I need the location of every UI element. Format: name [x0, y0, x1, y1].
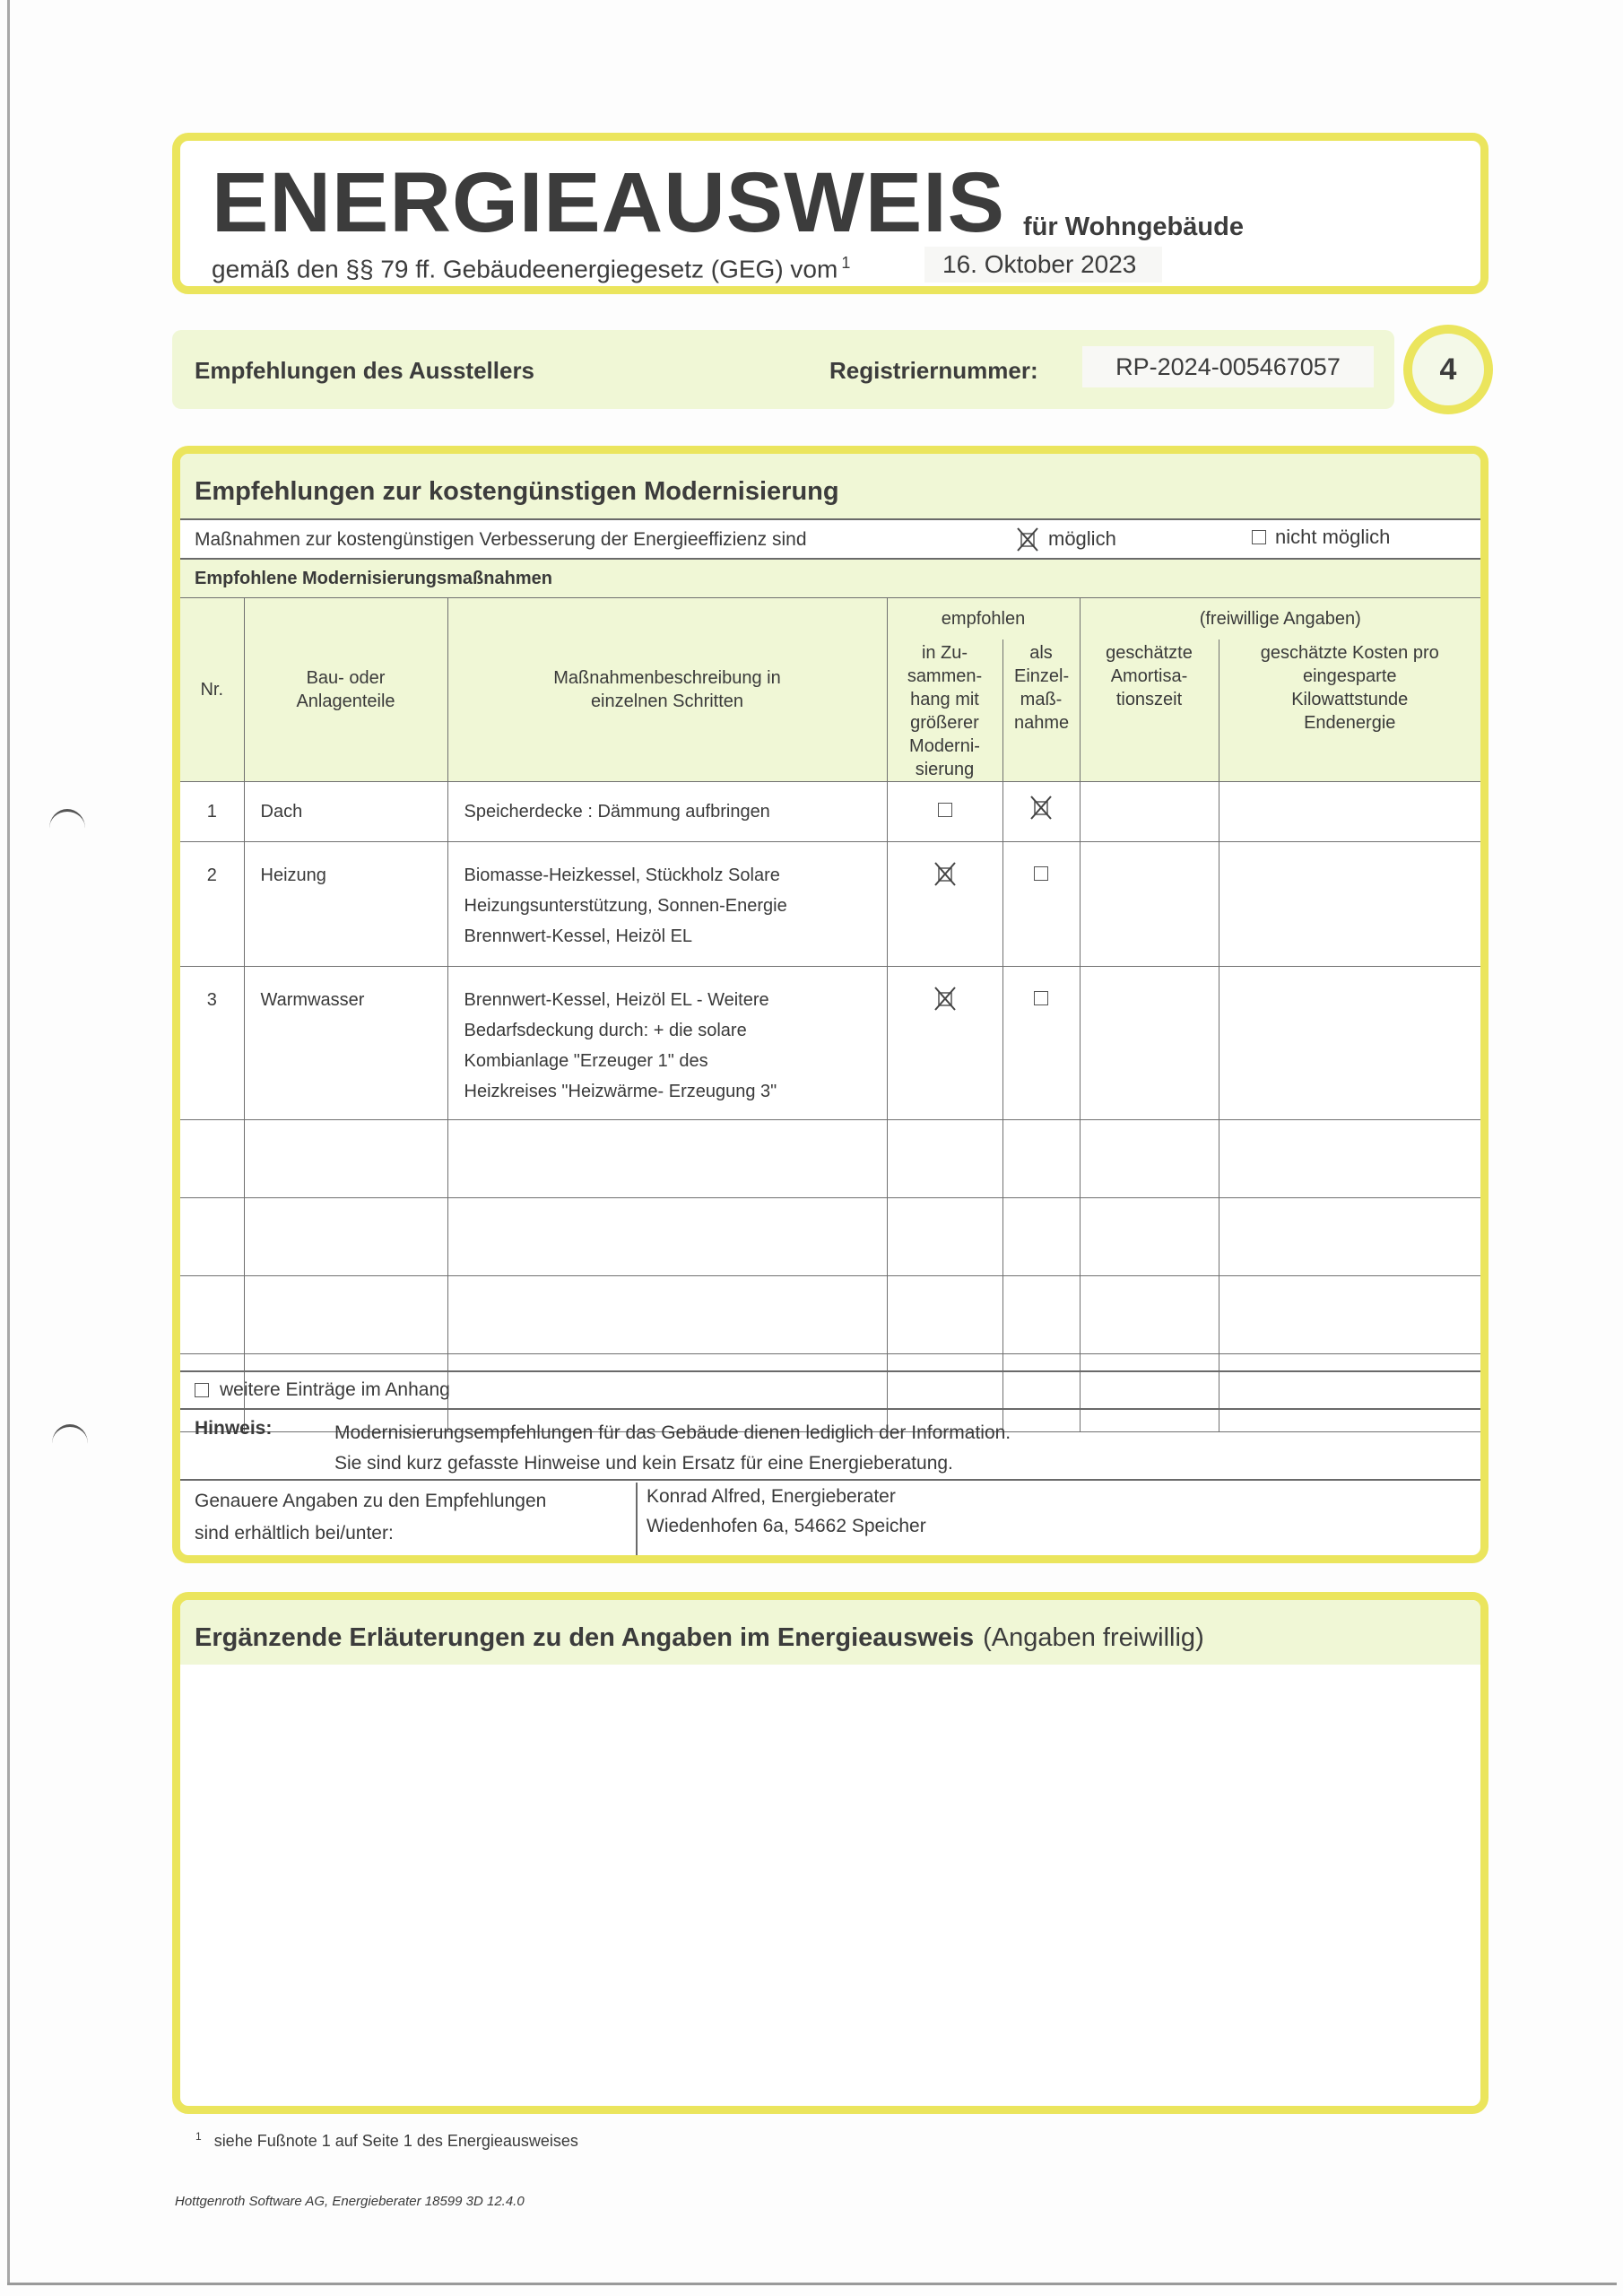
issue-date: 16. Oktober 2023: [924, 247, 1162, 283]
empty-cell[interactable]: [1219, 1120, 1480, 1198]
registration-number: RP-2024-005467057: [1082, 346, 1374, 387]
cell-description: Brennwert-Kessel, Heizöl EL - WeitereBed…: [447, 967, 887, 1120]
section-label: Empfehlungen des Ausstellers: [195, 357, 534, 385]
checkbox-single-measure[interactable]: [1002, 782, 1080, 842]
checked-box-icon: [933, 985, 957, 1022]
cell-part: Warmwasser: [244, 967, 447, 1120]
empty-cell[interactable]: [887, 1276, 1002, 1354]
col-header-in-combination-text: in Zu- sammen- hang mit größerer Moderni…: [905, 641, 985, 781]
cell-part: Dach: [244, 782, 447, 842]
explanations-title: Ergänzende Erläuterungen zu den Angaben …: [195, 1623, 974, 1652]
footnote-text: siehe Fußnote 1 auf Seite 1 des Energiea…: [214, 2132, 578, 2150]
divider: [180, 1479, 1480, 1481]
divider: [180, 1408, 1480, 1410]
explanations-content: [195, 1681, 1466, 2092]
description-line: Speicherdecke : Dämmung aufbringen: [464, 796, 887, 827]
empty-cell[interactable]: [180, 1198, 244, 1276]
col-header-part-text: Bau- oder Anlagenteile: [279, 666, 413, 713]
col-header-part: Bau- oder Anlagenteile: [244, 598, 447, 782]
footnote: 1siehe Fußnote 1 auf Seite 1 des Energie…: [195, 2130, 578, 2151]
empty-cell[interactable]: [1002, 1120, 1080, 1198]
empty-box-icon: [1252, 530, 1266, 544]
checkbox-in-combination[interactable]: [887, 842, 1002, 967]
empty-cell[interactable]: [244, 1120, 447, 1198]
empty-box-icon: [1034, 991, 1048, 1005]
divider-vertical: [636, 1483, 638, 1563]
empty-cell[interactable]: [1219, 1276, 1480, 1354]
table-row-empty: [180, 1198, 1480, 1276]
registration-label: Registriernummer:: [829, 357, 1038, 385]
option-label: möglich: [1048, 527, 1116, 551]
empty-cell[interactable]: [447, 1120, 887, 1198]
col-header-cost-per-kwh: geschätzte Kosten pro eingesparte Kilowa…: [1219, 639, 1480, 782]
modernization-panel: Empfehlungen zur kostengünstigen Moderni…: [172, 446, 1488, 1563]
cell-description: Biomasse-Heizkessel, Stückholz SolareHei…: [447, 842, 887, 967]
table-row: 1DachSpeicherdecke : Dämmung aufbringen: [180, 782, 1480, 842]
cell-amortization[interactable]: [1080, 782, 1219, 842]
subsection-band: Empfohlene Modernisierungsmaßnahmen: [180, 560, 1480, 597]
col-group-recommended: empfohlen: [887, 598, 1080, 640]
description-line: Kombianlage "Erzeuger 1" des: [464, 1046, 887, 1076]
punch-hole-mark: [49, 809, 85, 848]
divider: [180, 1370, 1480, 1372]
col-header-amortization: geschätzte Amortisa- tionszeit: [1080, 639, 1219, 782]
cell-part: Heizung: [244, 842, 447, 967]
cell-nr: 1: [180, 782, 244, 842]
empty-cell[interactable]: [1002, 1354, 1080, 1432]
option-possible[interactable]: möglich: [1016, 526, 1116, 552]
empty-cell[interactable]: [1002, 1276, 1080, 1354]
note-line: Sie sind kurz gefasste Hinweise und kein…: [334, 1448, 1011, 1479]
table-row-empty: [180, 1120, 1480, 1198]
legal-basis-text: gemäß den §§ 79 ff. Gebäudeenergiegesetz…: [212, 255, 838, 283]
empty-cell[interactable]: [244, 1198, 447, 1276]
panel-title: Empfehlungen zur kostengünstigen Moderni…: [195, 477, 839, 507]
description-line: Heizungsunterstützung, Sonnen-Energie: [464, 891, 887, 921]
page-number-badge: 4: [1403, 325, 1493, 414]
cell-cost-per-kwh[interactable]: [1219, 782, 1480, 842]
empty-cell[interactable]: [1080, 1198, 1219, 1276]
empty-cell[interactable]: [1080, 1354, 1219, 1432]
col-header-in-combination: in Zu- sammen- hang mit größerer Moderni…: [887, 639, 1002, 782]
document-title: ENERGIEAUSWEIS: [212, 161, 1005, 246]
description-line: Heizkreises "Heizwärme- Erzeugung 3": [464, 1076, 887, 1107]
contact-label-line: Genauere Angaben zu den Empfehlungen: [195, 1485, 546, 1518]
empty-cell[interactable]: [887, 1120, 1002, 1198]
panel-title: Ergänzende Erläuterungen zu den Angaben …: [195, 1623, 1204, 1653]
description-line: Bedarfsdeckung durch: + die solare: [464, 1015, 887, 1046]
empty-cell[interactable]: [887, 1198, 1002, 1276]
empty-cell[interactable]: [180, 1276, 244, 1354]
page-edge-bottom: [7, 2283, 1617, 2285]
building-type: für Wohngebäude: [1023, 213, 1244, 242]
table-row-empty: [180, 1276, 1480, 1354]
subsection-title: Empfohlene Modernisierungsmaßnahmen: [195, 569, 552, 589]
footnote-marker: 1: [841, 254, 850, 272]
note-text: Modernisierungsempfehlungen für das Gebä…: [334, 1418, 1011, 1479]
empty-box-icon: [938, 803, 952, 817]
checked-box-icon: [933, 860, 957, 897]
contact-label: Genauere Angaben zu den Empfehlungen sin…: [195, 1485, 546, 1550]
checked-box-icon: [1029, 794, 1053, 831]
table-row: 2HeizungBiomasse-Heizkessel, Stückholz S…: [180, 842, 1480, 967]
description-line: Brennwert-Kessel, Heizöl EL: [464, 921, 887, 952]
panel-title-band: Ergänzende Erläuterungen zu den Angaben …: [180, 1600, 1480, 1665]
col-header-description-text: Maßnahmenbeschreibung in einzelnen Schri…: [537, 666, 797, 713]
empty-cell[interactable]: [244, 1276, 447, 1354]
empty-cell[interactable]: [1080, 1276, 1219, 1354]
col-header-single-measure: als Einzel- maß- nahme: [1002, 639, 1080, 782]
empty-cell[interactable]: [447, 1198, 887, 1276]
more-entries-label: weitere Einträge im Anhang: [220, 1379, 450, 1401]
col-header-description: Maßnahmenbeschreibung in einzelnen Schri…: [447, 598, 887, 782]
document-header: ENERGIEAUSWEIS für Wohngebäude gemäß den…: [172, 133, 1488, 294]
measures-table: Nr. Bau- oder Anlagenteile Maßnahmenbesc…: [180, 597, 1480, 1432]
contact-address: Wiedenhofen 6a, 54662 Speicher: [647, 1511, 926, 1541]
col-header-single-measure-text: als Einzel- maß- nahme: [1014, 641, 1068, 735]
section-header-bar: Empfehlungen des Ausstellers Registriern…: [172, 330, 1394, 409]
checked-box-icon: [1016, 526, 1039, 552]
cell-nr: 2: [180, 842, 244, 967]
cell-amortization[interactable]: [1080, 967, 1219, 1120]
col-header-amortization-text: geschätzte Amortisa- tionszeit: [1096, 641, 1203, 711]
measure-rows: 1DachSpeicherdecke : Dämmung aufbringen2…: [180, 782, 1480, 1432]
note-line: Modernisierungsempfehlungen für das Gebä…: [334, 1418, 1011, 1448]
empty-cell[interactable]: [1080, 1120, 1219, 1198]
cell-cost-per-kwh[interactable]: [1219, 842, 1480, 967]
contact-value: Konrad Alfred, Energieberater Wiedenhofe…: [647, 1482, 926, 1541]
empty-cell[interactable]: [1219, 1198, 1480, 1276]
punch-hole-mark: [52, 1424, 88, 1463]
empty-cell[interactable]: [1219, 1354, 1480, 1432]
description-line: Brennwert-Kessel, Heizöl EL - Weitere: [464, 985, 887, 1015]
possible-row: Maßnahmen zur kostengünstigen Verbesseru…: [180, 520, 1480, 558]
cell-nr: 3: [180, 967, 244, 1120]
cell-description: Speicherdecke : Dämmung aufbringen: [447, 782, 887, 842]
checkbox-single-measure[interactable]: [1002, 842, 1080, 967]
empty-cell[interactable]: [180, 1120, 244, 1198]
cell-amortization[interactable]: [1080, 842, 1219, 967]
option-label: nicht möglich: [1275, 526, 1390, 549]
more-entries-checkbox[interactable]: weitere Einträge im Anhang: [195, 1379, 450, 1401]
page-edge-left: [7, 0, 10, 2283]
checkbox-in-combination[interactable]: [887, 967, 1002, 1120]
panel-title-band: Empfehlungen zur kostengünstigen Moderni…: [180, 454, 1480, 518]
explanations-panel: Ergänzende Erläuterungen zu den Angaben …: [172, 1592, 1488, 2114]
explanations-title-suffix: (Angaben freiwillig): [983, 1623, 1204, 1652]
empty-cell[interactable]: [447, 1276, 887, 1354]
checkbox-in-combination[interactable]: [887, 782, 1002, 842]
contact-name: Konrad Alfred, Energieberater: [647, 1482, 926, 1511]
footnote-marker: 1: [195, 2130, 202, 2143]
col-header-cost-per-kwh-text: geschätzte Kosten pro eingesparte Kilowa…: [1260, 641, 1439, 735]
checkbox-single-measure[interactable]: [1002, 967, 1080, 1120]
col-header-nr: Nr.: [180, 598, 244, 782]
option-not-possible[interactable]: nicht möglich: [1252, 526, 1390, 549]
empty-box-icon: [195, 1383, 209, 1397]
empty-box-icon: [1034, 866, 1048, 881]
software-credit: Hottgenroth Software AG, Energieberater …: [175, 2194, 525, 2209]
cell-cost-per-kwh[interactable]: [1219, 967, 1480, 1120]
table-row: 3WarmwasserBrennwert-Kessel, Heizöl EL -…: [180, 967, 1480, 1120]
possible-statement: Maßnahmen zur kostengünstigen Verbesseru…: [195, 529, 807, 551]
note-label: Hinweis:: [195, 1418, 272, 1439]
legal-basis: gemäß den §§ 79 ff. Gebäudeenergiegesetz…: [212, 254, 850, 283]
contact-label-line: sind erhältlich bei/unter:: [195, 1518, 546, 1550]
col-group-optional: (freiwillige Angaben): [1080, 598, 1480, 640]
empty-cell[interactable]: [1002, 1198, 1080, 1276]
description-line: Biomasse-Heizkessel, Stückholz Solare: [464, 860, 887, 891]
